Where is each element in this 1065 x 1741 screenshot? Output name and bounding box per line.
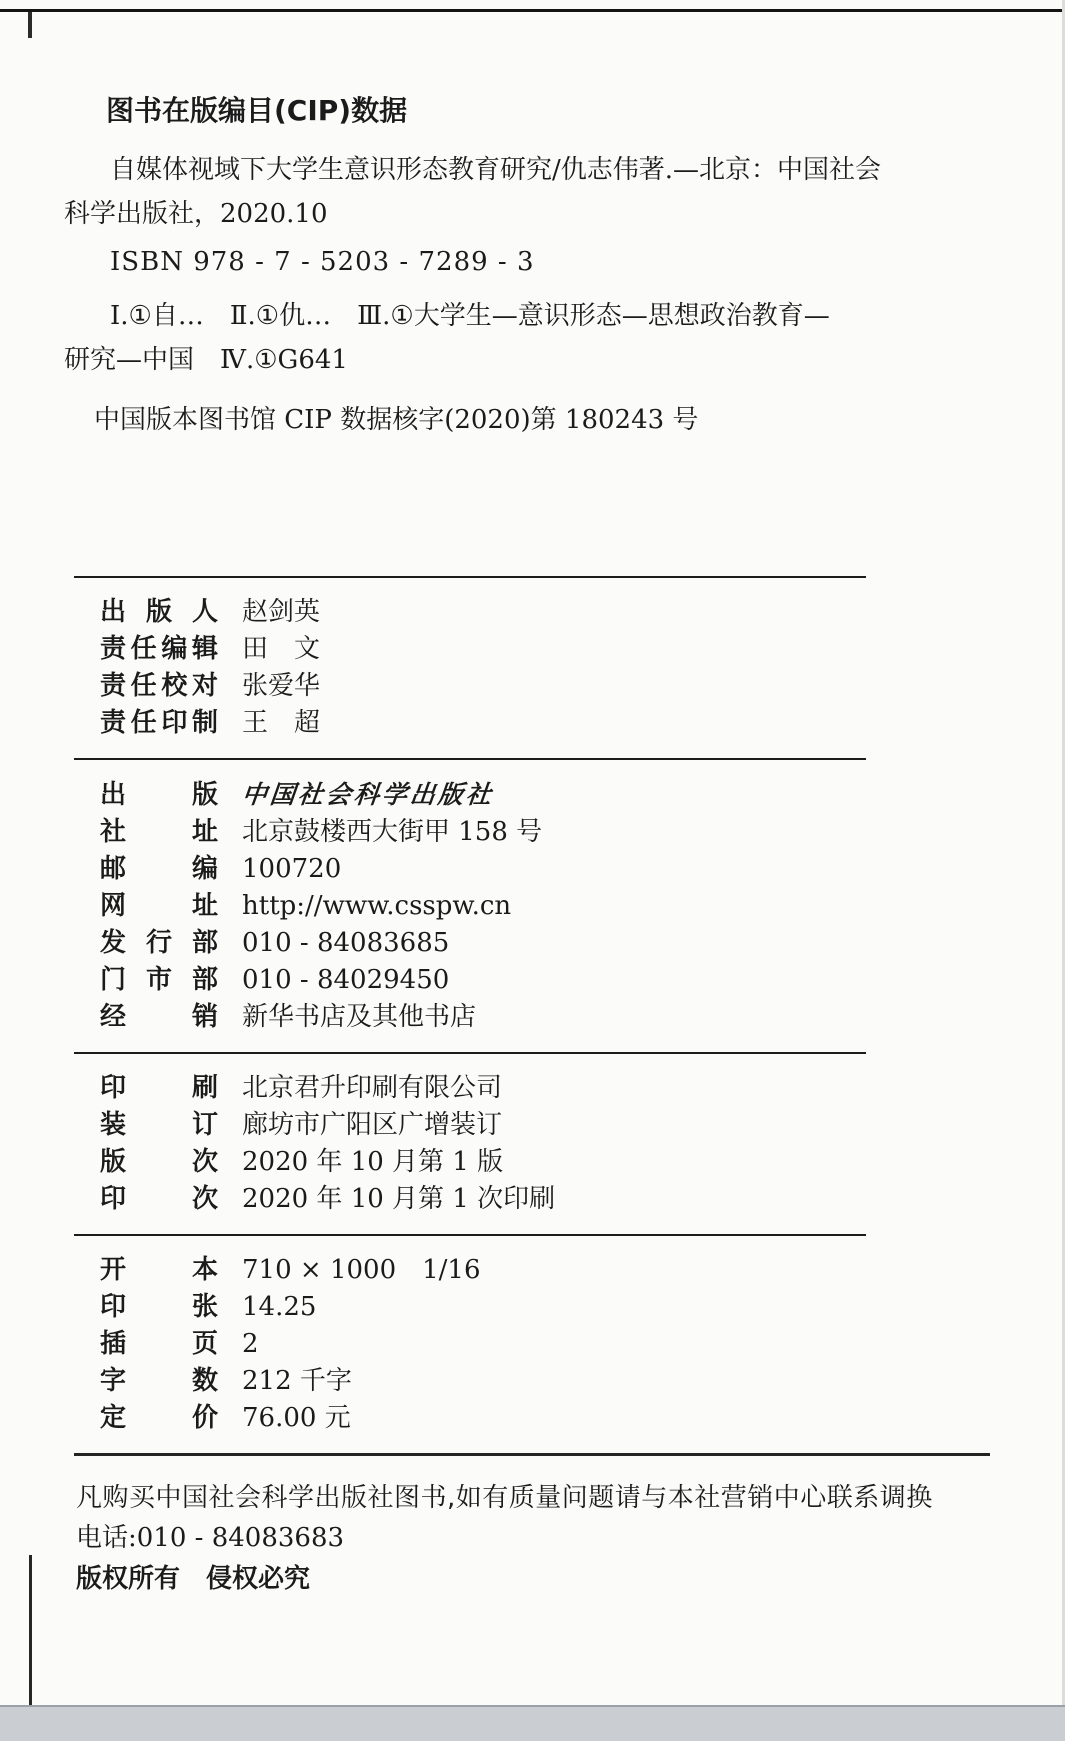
- copyright-statement: 版权所有 侵权必究: [76, 1558, 1008, 1600]
- row-label: 定价: [100, 1400, 218, 1437]
- row-postcode: 邮编 100720: [100, 851, 1008, 888]
- press-logo-text: 中国社会科学出版社: [240, 776, 496, 813]
- format-section: 开本 710 × 1000 1/16 印张 14.25 插页 2 字数 212 …: [64, 1236, 1008, 1453]
- scan-top-border: [0, 9, 1065, 12]
- copyright-page: 图书在版编目(CIP)数据 自媒体视域下大学生意识形态教育研究/仇志伟著.—北京…: [64, 94, 1008, 1600]
- row-value: 2: [242, 1326, 259, 1363]
- row-label: 印次: [100, 1181, 218, 1218]
- row-value: 北京君升印刷有限公司: [242, 1070, 502, 1107]
- row-label: 社址: [100, 814, 218, 851]
- row-printer: 印刷 北京君升印刷有限公司: [100, 1070, 1008, 1107]
- printing-section: 印刷 北京君升印刷有限公司 装订 廊坊市广阳区广增装订 版次 2020 年 10…: [64, 1054, 1008, 1234]
- footer-divider: [74, 1453, 990, 1456]
- row-label: 网址: [100, 888, 218, 925]
- row-label: 装订: [100, 1107, 218, 1144]
- row-binder: 装订 廊坊市广阳区广增装订: [100, 1107, 1008, 1144]
- cip-description-line1: 自媒体视域下大学生意识形态教育研究/仇志伟著.—北京：中国社会: [64, 148, 1008, 192]
- row-sheets: 印张 14.25: [100, 1289, 1008, 1326]
- row-retail-dept: 门市部 010 - 84029450: [100, 962, 1008, 999]
- quality-notice: 凡购买中国社会科学出版社图书,如有质量问题请与本社营销中心联系调换: [76, 1478, 1008, 1518]
- cip-description-line2: 科学出版社，2020.10: [64, 192, 1008, 236]
- row-edition: 版次 2020 年 10 月第 1 版: [100, 1144, 1008, 1181]
- row-value: 2020 年 10 月第 1 次印刷: [242, 1181, 555, 1218]
- row-label: 门市部: [100, 962, 218, 999]
- row-website: 网址 http://www.csspw.cn: [100, 888, 1008, 925]
- row-value: 张爱华: [242, 668, 320, 705]
- row-label: 字数: [100, 1363, 218, 1400]
- row-value: 田 文: [242, 631, 320, 668]
- row-value: 赵剑英: [242, 594, 320, 631]
- row-value: 100720: [242, 851, 341, 888]
- scan-bottom-band: [0, 1705, 1065, 1741]
- row-label: 印刷: [100, 1070, 218, 1107]
- cip-title: 图书在版编目(CIP)数据: [106, 94, 1008, 128]
- row-label: 印张: [100, 1289, 218, 1326]
- row-price: 定价 76.00 元: [100, 1400, 1008, 1437]
- row-value: 010 - 84029450: [242, 962, 449, 999]
- cip-classification: Ⅰ.①自… Ⅱ.①仇… Ⅲ.①大学生—意识形态—思想政治教育— 研究—中国 Ⅳ.…: [64, 294, 1008, 382]
- row-label: 版次: [100, 1144, 218, 1181]
- row-label: 邮编: [100, 851, 218, 888]
- row-editor: 责任编辑 田 文: [100, 631, 1008, 668]
- row-address: 社址 北京鼓楼西大街甲 158 号: [100, 814, 1008, 851]
- cip-class-line2: 研究—中国 Ⅳ.①G641: [64, 338, 1008, 382]
- row-value: 14.25: [242, 1289, 316, 1326]
- row-value: 廊坊市广阳区广增装订: [242, 1107, 502, 1144]
- row-inserts: 插页 2: [100, 1326, 1008, 1363]
- row-value: 212 千字: [242, 1363, 352, 1400]
- row-distribution-dept: 发行部 010 - 84083685: [100, 925, 1008, 962]
- cip-description: 自媒体视域下大学生意识形态教育研究/仇志伟著.—北京：中国社会 科学出版社，20…: [64, 148, 1008, 236]
- publisher-section: 出版 中国社会科学出版社 社址 北京鼓楼西大街甲 158 号 邮编 100720…: [64, 760, 1008, 1052]
- row-proofreader: 责任校对 张爱华: [100, 668, 1008, 705]
- row-press: 出版 中国社会科学出版社: [100, 776, 1008, 814]
- row-label: 经销: [100, 999, 218, 1036]
- row-label: 开本: [100, 1252, 218, 1289]
- scan-corner-mark: [28, 12, 32, 38]
- row-value: 2020 年 10 月第 1 版: [242, 1144, 503, 1181]
- staff-section: 出版人 赵剑英 责任编辑 田 文 责任校对 张爱华 责任印制 王 超: [64, 578, 1008, 758]
- row-impression: 印次 2020 年 10 月第 1 次印刷: [100, 1181, 1008, 1218]
- row-format: 开本 710 × 1000 1/16: [100, 1252, 1008, 1289]
- row-label: 责任校对: [100, 668, 218, 705]
- row-label: 插页: [100, 1326, 218, 1363]
- service-phone: 电话:010 - 84083683: [76, 1518, 1008, 1558]
- row-publisher-person: 出版人 赵剑英: [100, 594, 1008, 631]
- cip-record-number: 中国版本图书馆 CIP 数据核字(2020)第 180243 号: [64, 404, 1008, 436]
- website-url: http://www.csspw.cn: [242, 888, 511, 925]
- row-label: 发行部: [100, 925, 218, 962]
- row-label: 出版: [100, 777, 218, 814]
- row-label: 责任印制: [100, 705, 218, 742]
- row-value: 710 × 1000 1/16: [242, 1252, 481, 1289]
- isbn-line: ISBN 978 - 7 - 5203 - 7289 - 3: [64, 246, 1008, 278]
- row-value: 王 超: [242, 705, 320, 742]
- row-value: 新华书店及其他书店: [242, 999, 476, 1036]
- row-value: 76.00 元: [242, 1400, 351, 1437]
- row-label: 责任编辑: [100, 631, 218, 668]
- row-label: 出版人: [100, 594, 218, 631]
- cip-class-line1: Ⅰ.①自… Ⅱ.①仇… Ⅲ.①大学生—意识形态—思想政治教育—: [64, 294, 1008, 338]
- footer: 凡购买中国社会科学出版社图书,如有质量问题请与本社营销中心联系调换 电话:010…: [76, 1478, 1008, 1600]
- row-word-count: 字数 212 千字: [100, 1363, 1008, 1400]
- row-value: 010 - 84083685: [242, 925, 449, 962]
- scan-left-border: [29, 1555, 32, 1705]
- row-value: 北京鼓楼西大街甲 158 号: [242, 814, 542, 851]
- row-distributor: 经销 新华书店及其他书店: [100, 999, 1008, 1036]
- row-print-supervisor: 责任印制 王 超: [100, 705, 1008, 742]
